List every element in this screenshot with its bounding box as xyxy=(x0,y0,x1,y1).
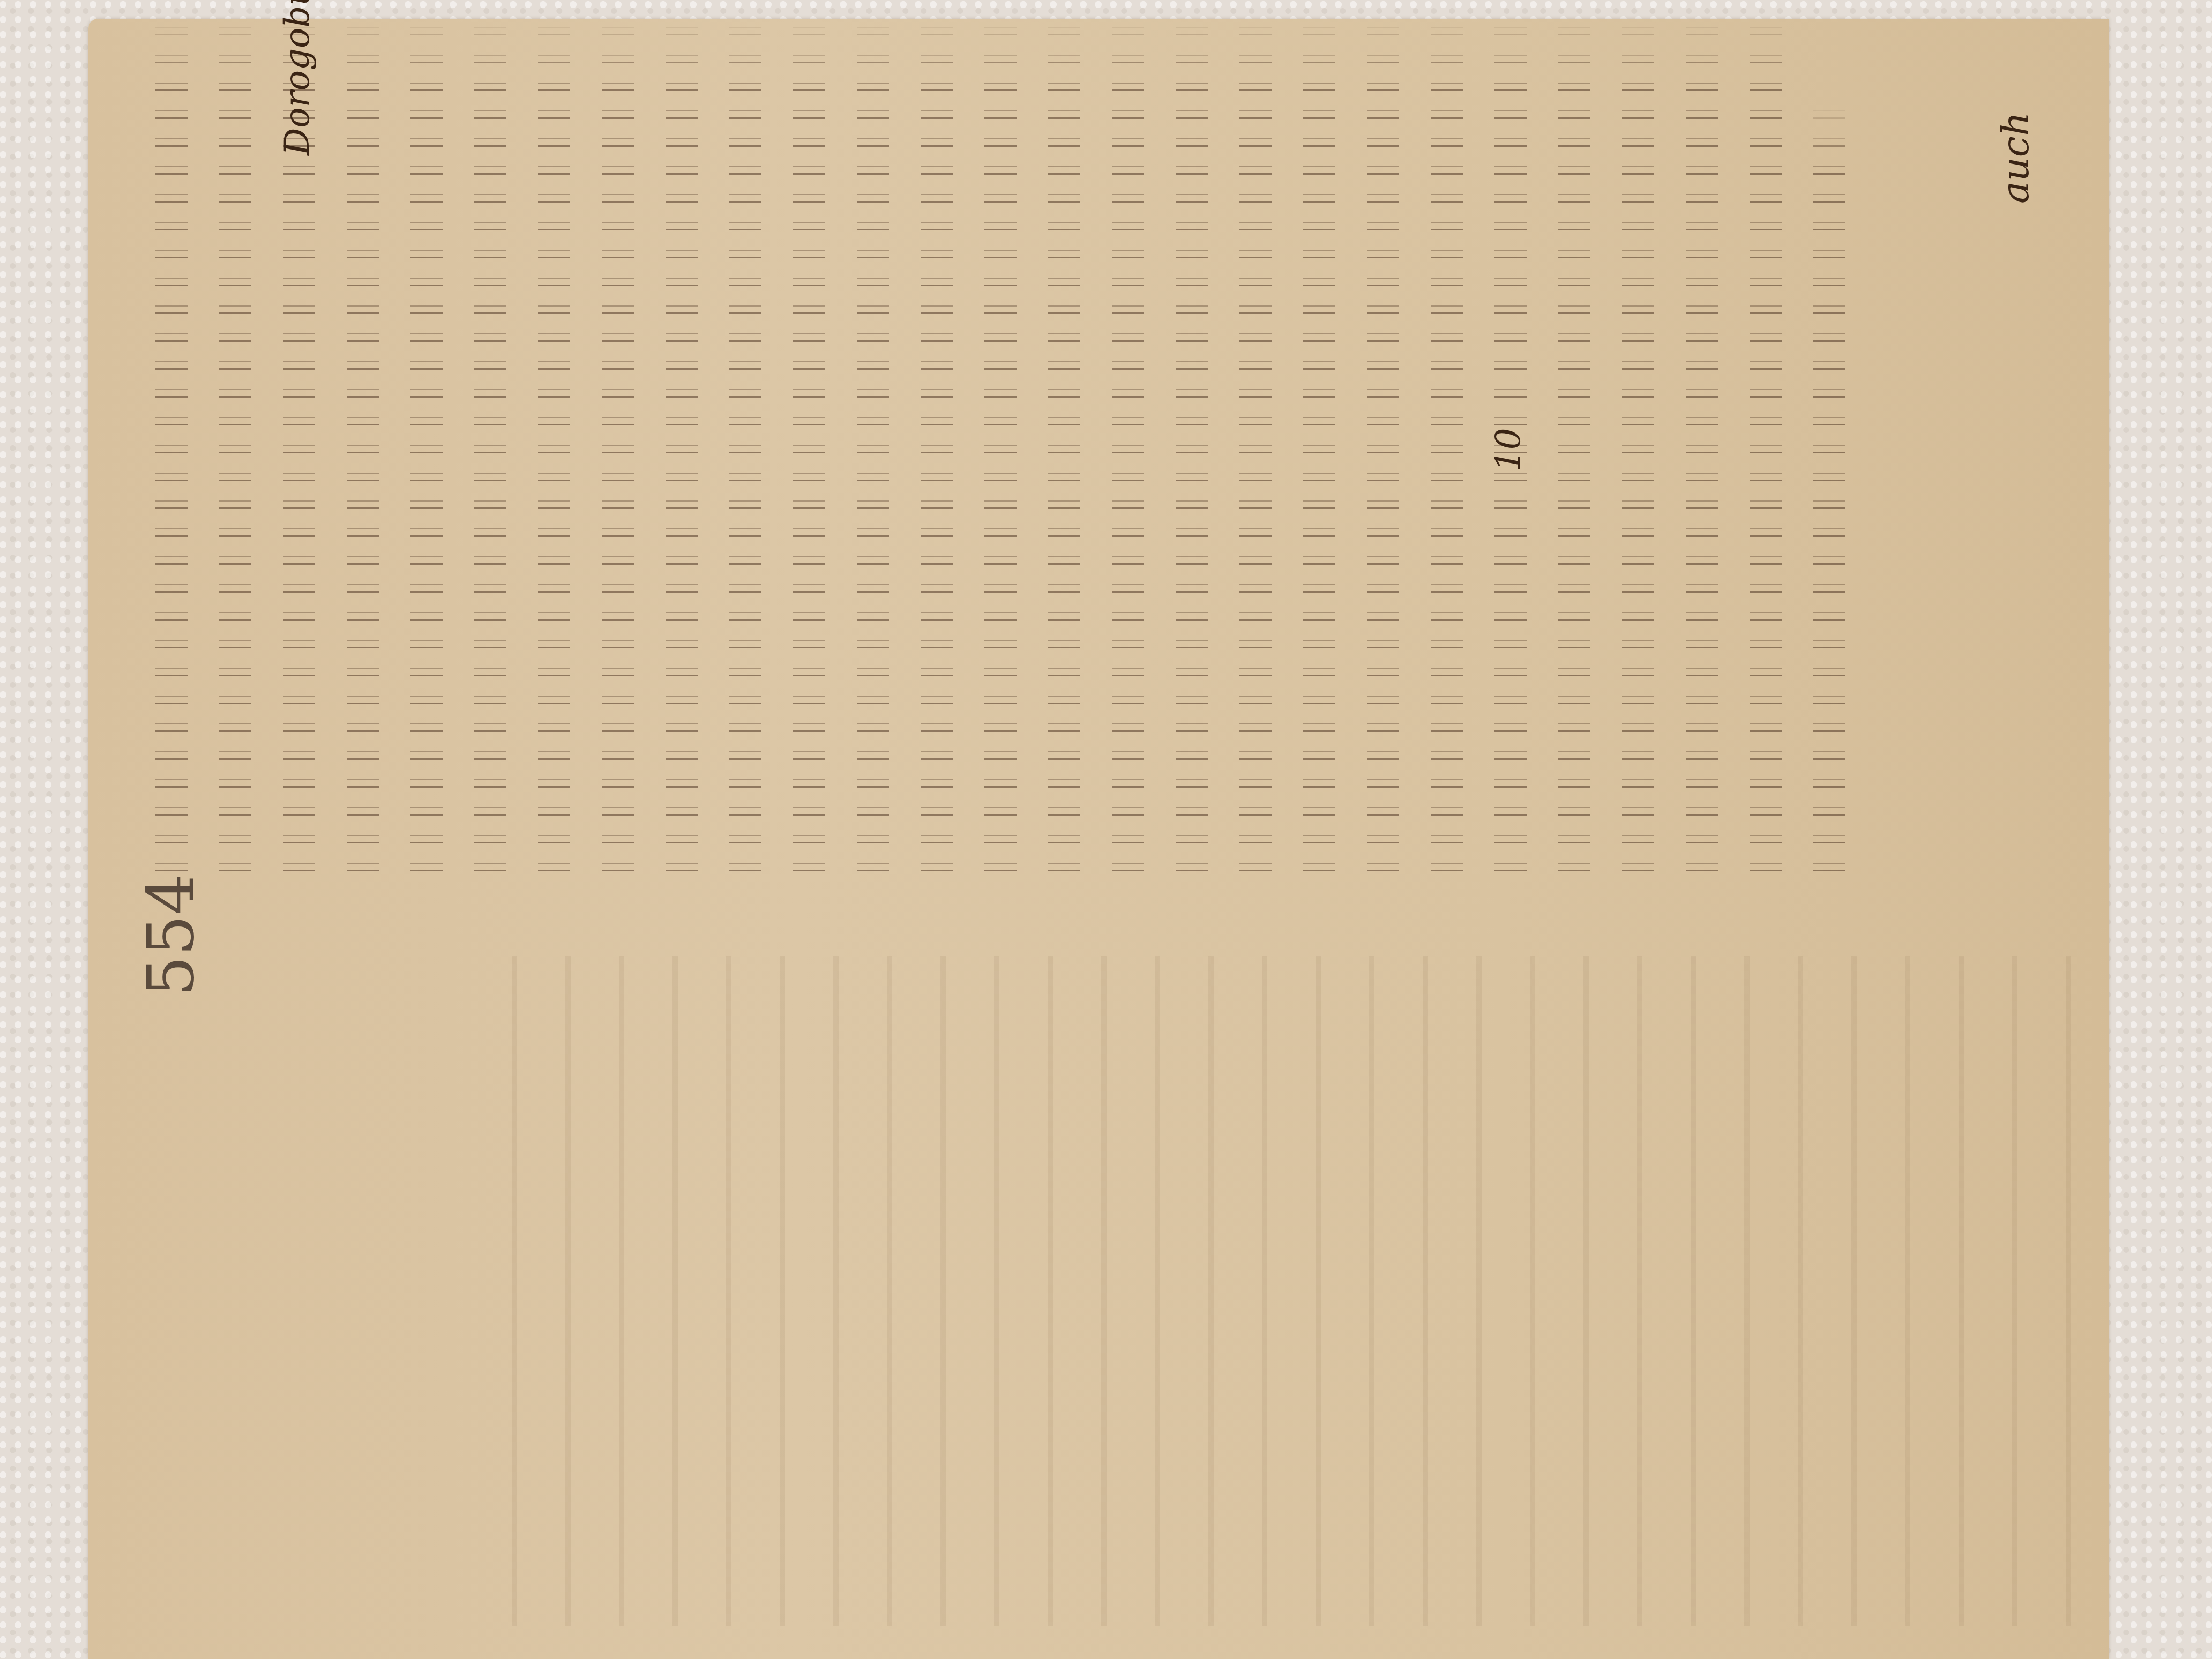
text-line xyxy=(777,11,841,879)
text-line xyxy=(713,11,777,879)
text-line xyxy=(1415,11,1478,879)
text-line: Dorogobusch xyxy=(267,11,331,879)
text-line xyxy=(331,11,394,879)
text-line xyxy=(586,11,649,879)
text-line xyxy=(1287,11,1351,879)
catchword: auch xyxy=(1993,112,2037,204)
text-line xyxy=(394,11,458,879)
text-line xyxy=(1542,11,1606,879)
handwritten-text-block: Dorogobusch 10 xyxy=(139,11,2015,879)
text-line xyxy=(458,11,522,879)
text-line xyxy=(1160,11,1223,879)
page-number: 554 xyxy=(134,874,208,997)
text-line xyxy=(905,11,968,879)
text-line xyxy=(203,11,267,879)
text-line xyxy=(1096,11,1160,879)
text-line xyxy=(522,11,586,879)
number: 10 xyxy=(1489,428,1529,472)
text-line: 10 xyxy=(1478,11,1542,879)
text-line xyxy=(1223,11,1287,879)
text-line xyxy=(841,11,905,879)
text-line xyxy=(1351,11,1415,879)
text-line xyxy=(1032,11,1096,879)
text-line xyxy=(139,11,203,879)
ink-bleed-through xyxy=(464,956,2071,1626)
text-line xyxy=(1670,11,1733,879)
text-line xyxy=(1606,11,1670,879)
text-line xyxy=(968,11,1032,879)
proper-name: Dorogobusch xyxy=(278,0,317,155)
text-line xyxy=(649,11,713,879)
text-line xyxy=(1797,11,1861,879)
text-line xyxy=(1733,11,1797,879)
